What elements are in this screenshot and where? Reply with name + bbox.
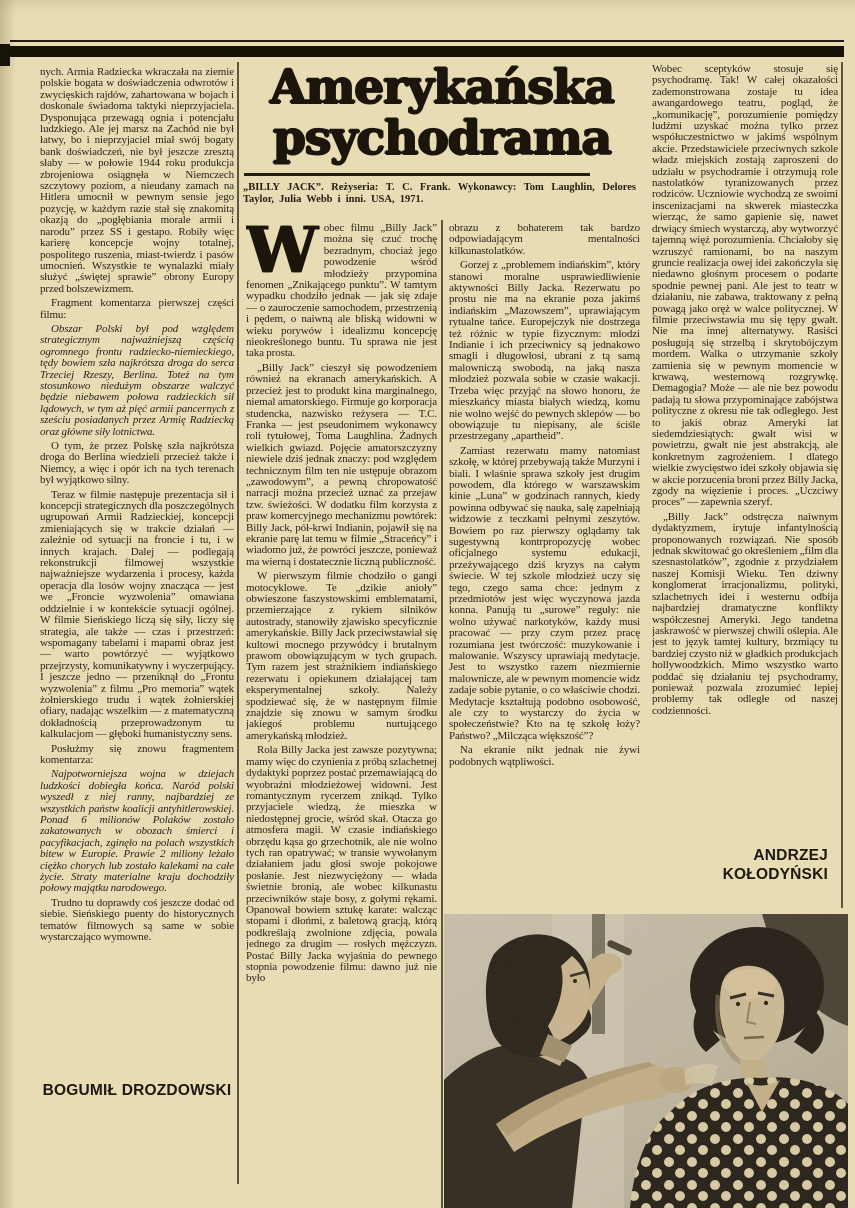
paragraph-with-dropcap: Wobec filmu „Billy Jack” można się czuć … (246, 223, 437, 360)
column-3: obrazu z bohaterem tak bardzo odpowiadaj… (449, 223, 640, 911)
drop-cap: W (246, 226, 318, 276)
author-line-1: ANDRZEJ (753, 847, 828, 864)
paragraph: W pierwszym filmie chodziło o gangi moto… (246, 571, 437, 742)
title-line-2: psychodrama (273, 111, 611, 166)
paragraph: Trudno tu doprawdy coś jeszcze dodać od … (40, 898, 234, 944)
paragraph: O tym, że przez Polskę szła najkrótsza d… (40, 441, 234, 487)
paragraph: Wobec sceptyków stosuje się psychodramę.… (652, 64, 838, 509)
column-divider-1 (237, 62, 239, 1184)
page-top-edge-shadow (0, 0, 855, 14)
paragraph: Gorzej z „problemem indiańskim”, który s… (449, 260, 640, 443)
title-line-1: Amerykańska (270, 60, 614, 115)
film-still-graphic (444, 914, 848, 1208)
page-left-edge-shadow (0, 0, 16, 1208)
film-commentary-quote: Obszar Polski był pod względem strategic… (40, 324, 234, 438)
film-still-photo (444, 914, 848, 1208)
paragraph: Teraz w filmie następuje prezentacja sił… (40, 490, 234, 741)
paragraph: Zamiast rezerwatu mamy natomiast szkołę,… (449, 446, 640, 743)
paragraph: Posłużmy się znowu fragmentem komentarza… (40, 744, 234, 767)
paragraph: Rola Billy Jacka jest zawsze pozytywna; … (246, 745, 437, 985)
column-left: nych. Armia Radziecka wkraczała na ziemi… (40, 67, 234, 1071)
paragraph: Na ekranie nikt jednak nie żywi podobnyc… (449, 745, 640, 768)
author-line-2: KOŁODYŃSKI (723, 866, 828, 883)
column-divider-right (841, 62, 843, 908)
author-byline-drozdowski: BOGUMIŁ DROZDOWSKI (40, 1082, 234, 1100)
paragraph: „Billy Jack” odstręcza naiwnym dydaktyzm… (652, 512, 838, 717)
paragraph: Fragment komentarza pierwszej części fil… (40, 298, 234, 321)
paragraph: „Billy Jack” cieszył się powodzeniem rów… (246, 363, 437, 568)
top-thin-rule (10, 40, 844, 42)
title-underline (244, 173, 590, 176)
column-2: Wobec filmu „Billy Jack” można się czuć … (246, 223, 437, 1207)
paragraph: obrazu z bohaterem tak bardzo odpowiadaj… (449, 223, 640, 257)
column-divider-2 (441, 220, 443, 1208)
author-byline-kolodynski: ANDRZEJKOŁODYŃSKI (652, 846, 828, 884)
article-header: Amerykańskapsychodrama „BILLY JACK”. Reż… (243, 62, 641, 207)
article-title: Amerykańskapsychodrama (243, 62, 641, 164)
paragraph: nych. Armia Radziecka wkraczała na ziemi… (40, 67, 234, 295)
page-edge-tab (0, 44, 10, 66)
top-black-bar (10, 46, 844, 57)
film-credits: „BILLY JACK”. Reżyseria: T. C. Frank. Wy… (243, 182, 636, 207)
film-commentary-quote: Najpotworniejsza wojna w dziejach ludzko… (40, 769, 234, 894)
column-right: Wobec sceptyków stosuje się psychodramę.… (652, 64, 838, 852)
magazine-page: nych. Armia Radziecka wkraczała na ziemi… (0, 0, 855, 1208)
